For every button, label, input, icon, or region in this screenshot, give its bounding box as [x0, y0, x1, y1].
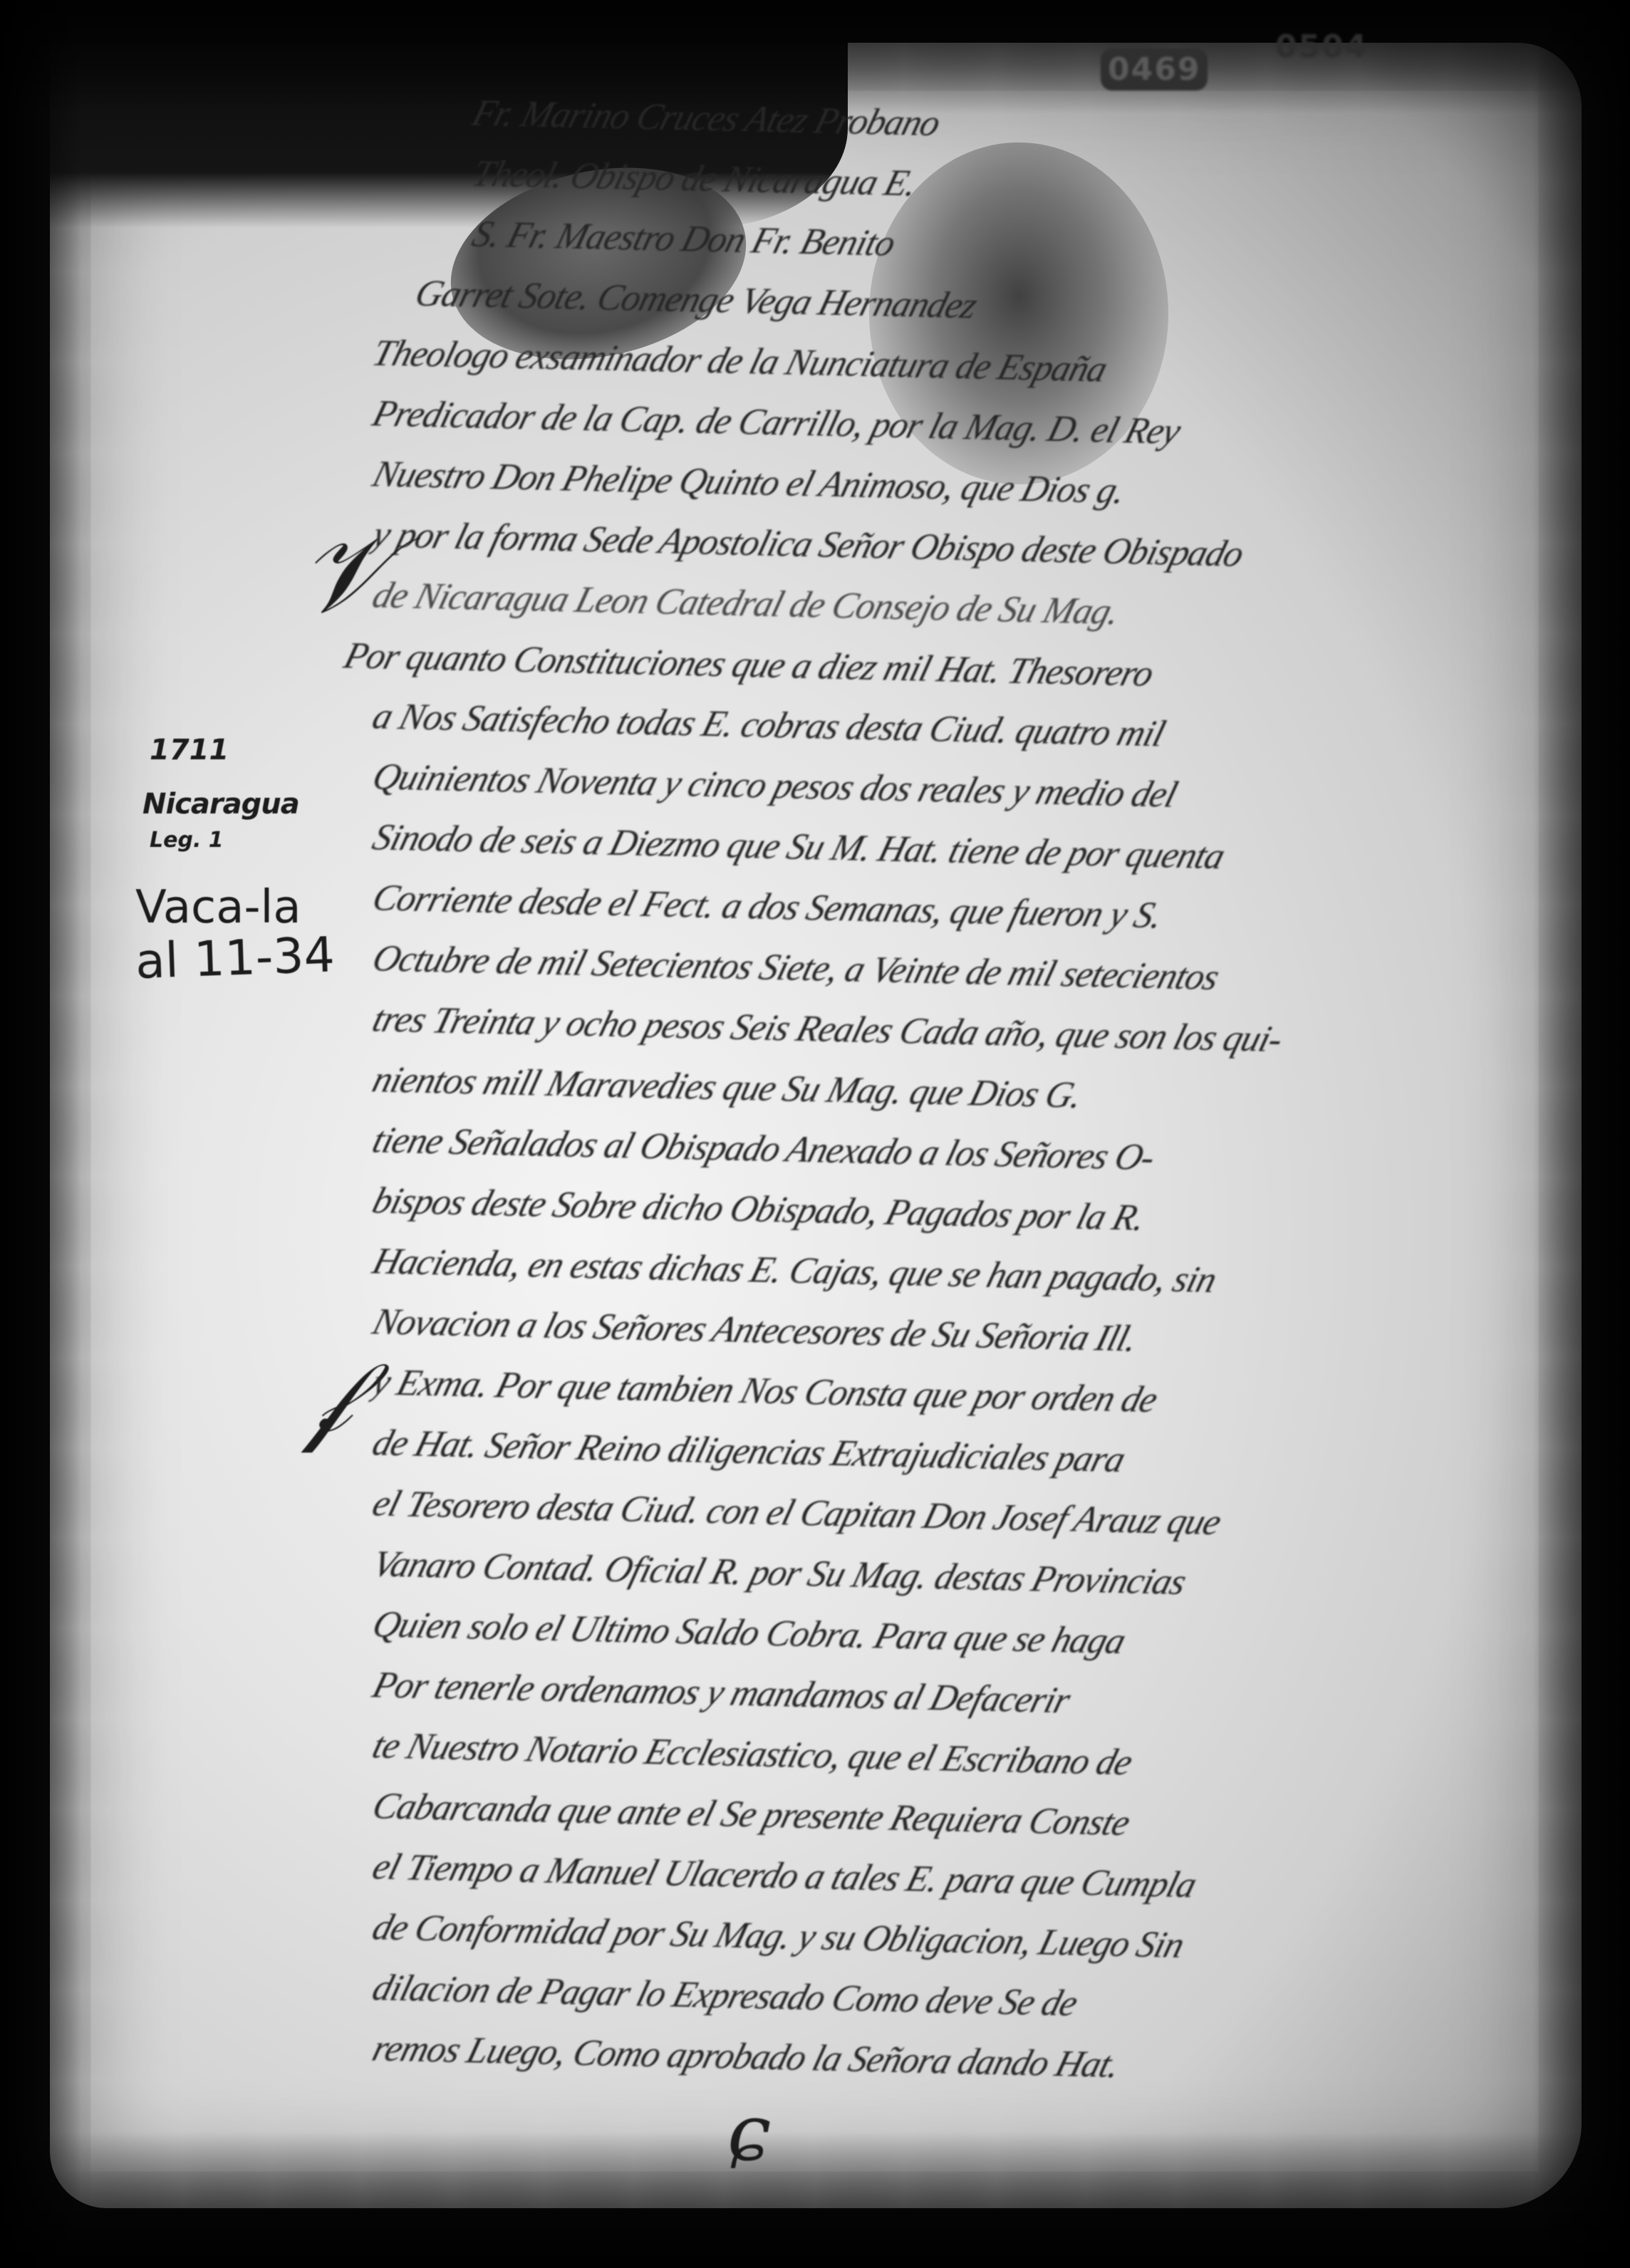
paragraph-flourish-icon: 𝒻	[306, 1339, 351, 1456]
annotation-region: Nicaragua	[142, 788, 385, 821]
annotation-reference-2: al 11-34	[135, 925, 386, 990]
folio-stamp-secondary: 0504	[1275, 28, 1368, 65]
annotation-bundle: Leg. 1	[150, 828, 385, 853]
manuscript-text: Fr. Marino Cruces Atez Probano Theol. Ob…	[370, 93, 1539, 2091]
margin-annotation: 1711 Nicaragua Leg. 1 Vaca-la al 11-34	[128, 734, 385, 986]
rubric-flourish-icon: ɕ	[727, 2087, 771, 2178]
scan-frame: 0469 0504 1711 Nicaragua Leg. 1 Vaca-la …	[0, 0, 1630, 2268]
folio-stamp-primary: 0469	[1101, 48, 1208, 90]
annotation-year: 1711	[150, 734, 385, 766]
